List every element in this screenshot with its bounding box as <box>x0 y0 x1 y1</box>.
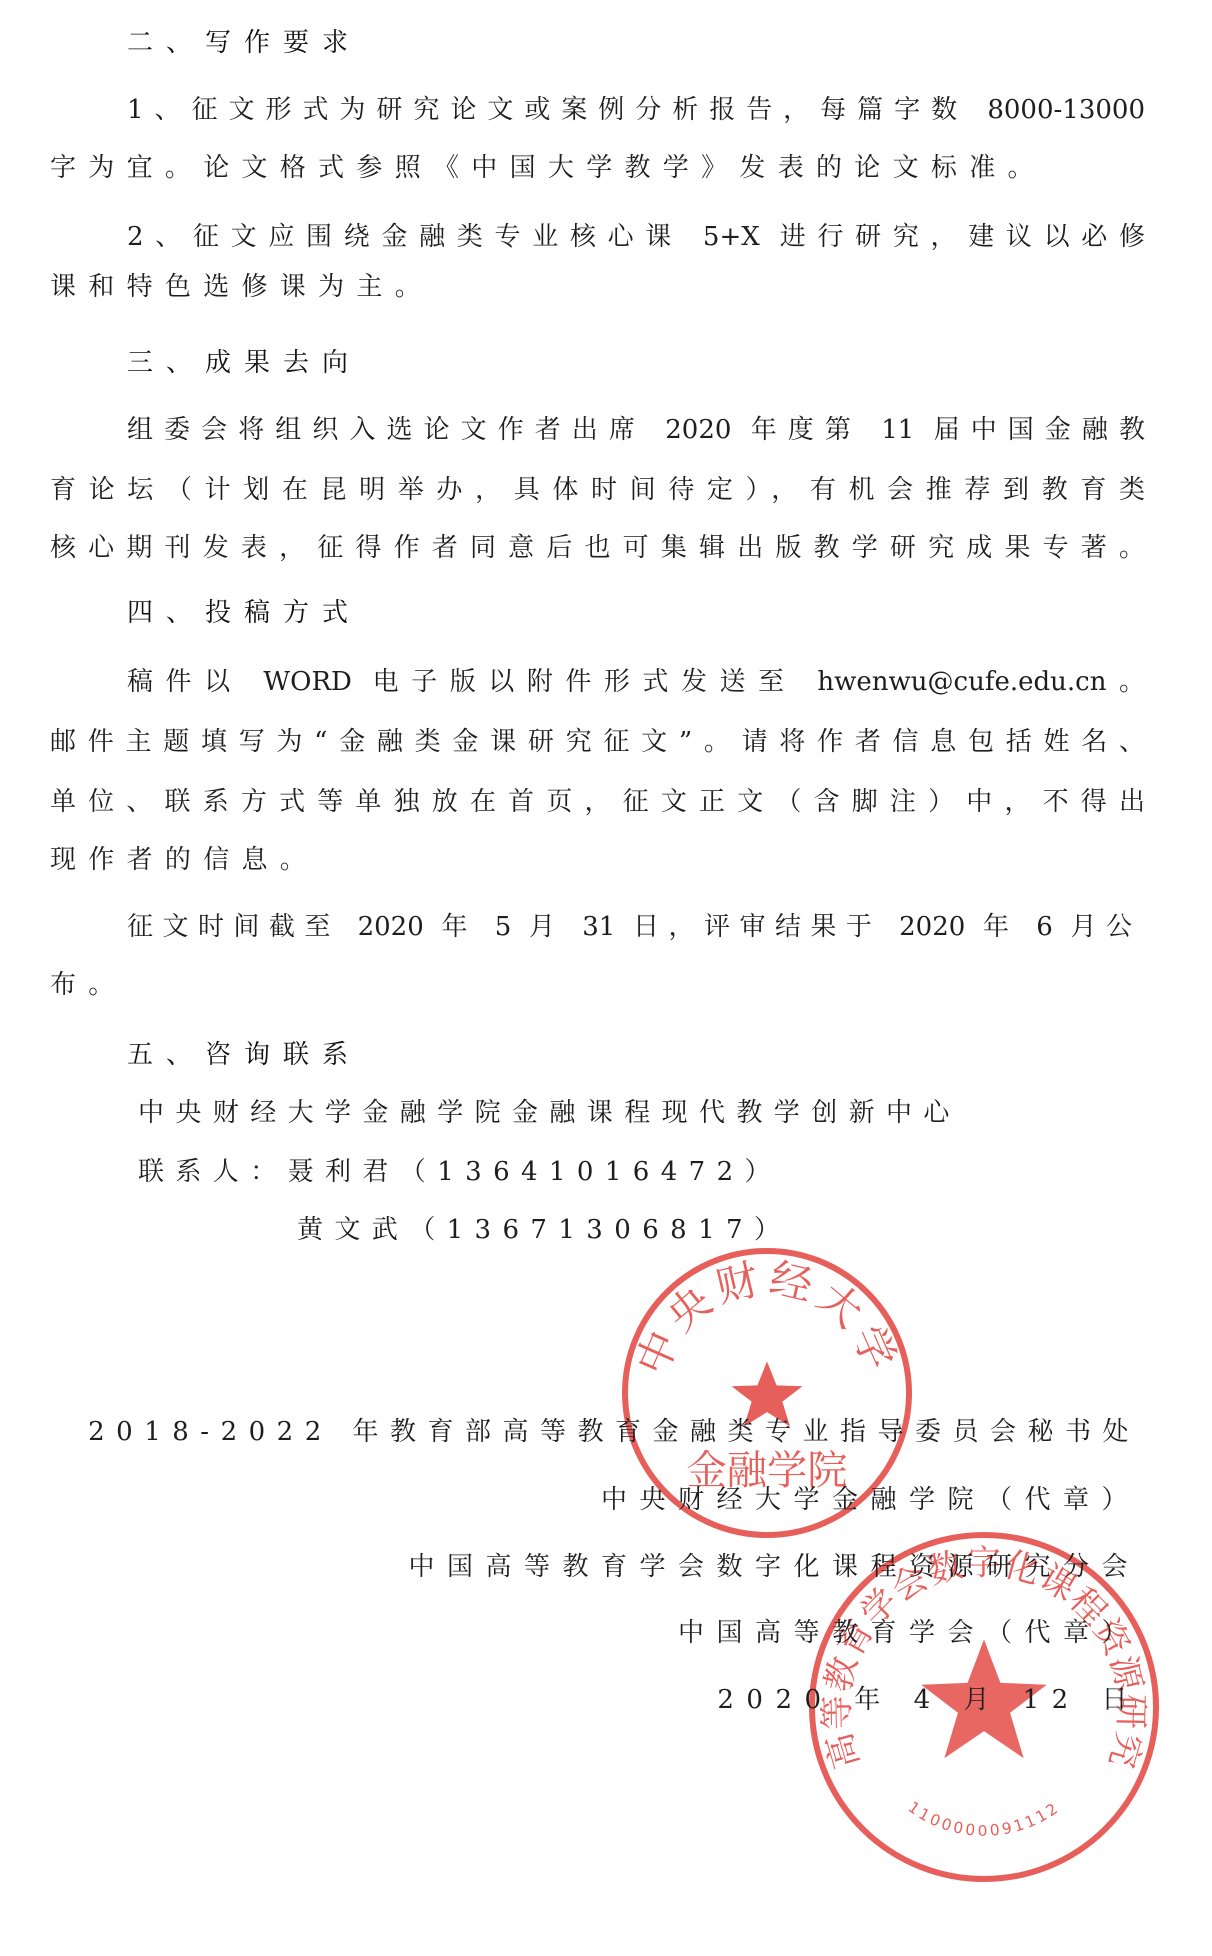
paragraph-line: 单位、联系方式等单独放在首页，征文正文（含脚注）中，不得出 <box>50 782 1145 822</box>
signature-cufe-finance: 中央财经大学金融学院（代章） <box>601 1480 1140 1520</box>
paragraph-line-email: 稿件以 WORD 电子版以附件形式发送至 hwenwu@cufe.edu.cn。 <box>127 662 1145 702</box>
contact-person-2: 黄文武（13671306817） <box>297 1210 791 1250</box>
signature-digital-course-branch: 中国高等教育学会数字化课程资源研究分会 <box>408 1547 1140 1587</box>
paragraph-line: 字为宜。论文格式参照《中国大学教学》发表的论文标准。 <box>50 148 1046 188</box>
paragraph-line: 布。 <box>50 965 127 1005</box>
section-heading-contact: 五、咨询联系 <box>127 1035 361 1075</box>
seal-ring-text: 中央财经大学 <box>627 1253 907 1382</box>
signature-date: 2020 年 4 月 12 日 <box>717 1680 1140 1720</box>
paragraph-line: 课和特色选修课为主。 <box>50 267 433 307</box>
paragraph-line-deadline: 征文时间截至 2020 年 5 月 31 日，评审结果于 2020 年 6 月公 <box>127 907 1132 947</box>
paragraph-line: 组委会将组织入选论文作者出席 2020 年度第 11 届中国金融教 <box>127 410 1145 450</box>
signature-cahe: 中国高等教育学会（代章） <box>678 1613 1140 1653</box>
paragraph-line: 2、征文应围绕金融类专业核心课 5+X 进行研究，建议以必修 <box>127 217 1145 257</box>
paragraph-line: 1、征文形式为研究论文或案例分析报告，每篇字数 8000-13000 <box>127 90 1145 130</box>
svg-text:1100000091112: 1100000091112 <box>905 1798 1064 1840</box>
paragraph-line: 现作者的信息。 <box>50 840 318 880</box>
section-heading-submission: 四、投稿方式 <box>127 593 361 633</box>
contact-person-1: 联系人：聂利君（13641016472） <box>138 1152 782 1192</box>
paragraph-line: 育论坛（计划在昆明举办，具体时间待定），有机会推荐到教育类 <box>50 470 1145 510</box>
section-heading-writing-requirements: 二、写作要求 <box>127 23 361 63</box>
paragraph-line: 核心期刊发表，征得作者同意后也可集辑出版教学研究成果专著。 <box>50 528 1145 568</box>
contact-organization: 中央财经大学金融学院金融课程现代教学创新中心 <box>138 1093 961 1133</box>
paragraph-line: 邮件主题填写为“金融类金课研究征文”。请将作者信息包括姓名、 <box>50 722 1145 762</box>
seal-number: 1100000091112 <box>905 1798 1064 1840</box>
svg-text:中央财经大学: 中央财经大学 <box>627 1253 907 1382</box>
section-heading-outcome: 三、成果去向 <box>127 343 361 383</box>
signature-committee: 2018-2022 年教育部高等教育金融类专业指导委员会秘书处 <box>88 1412 1140 1452</box>
